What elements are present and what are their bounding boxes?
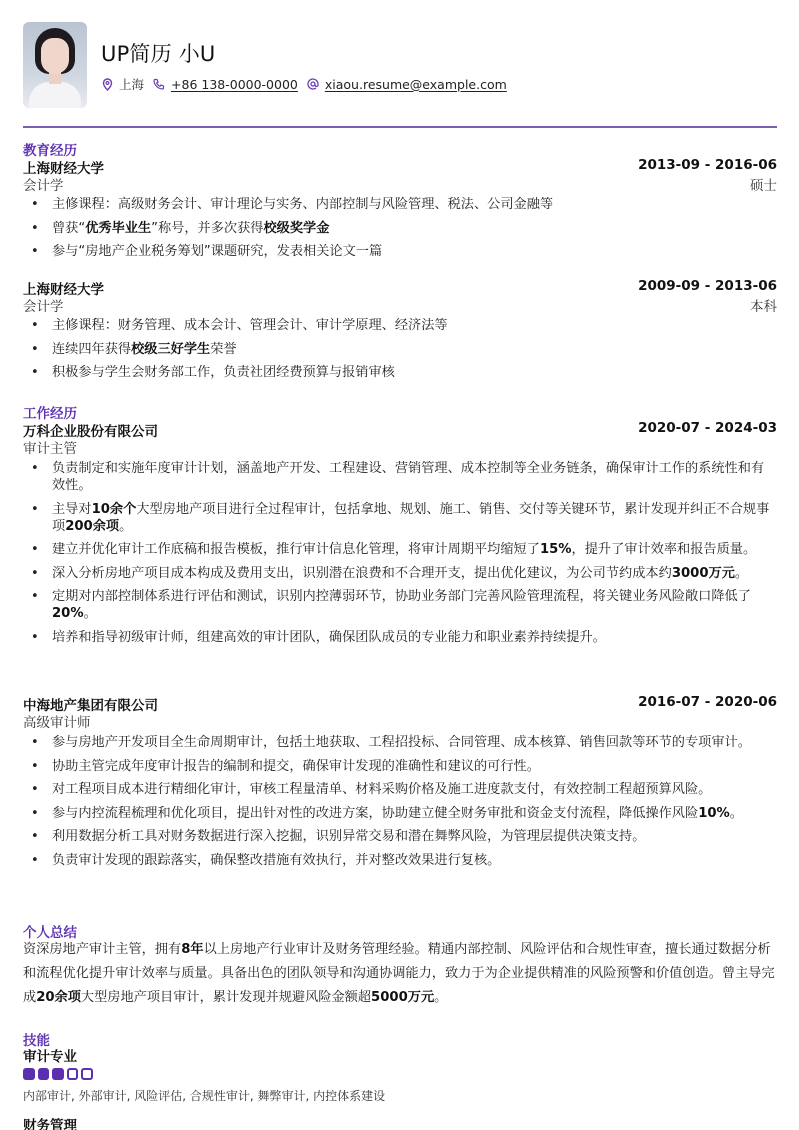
work-date: 2016-07 - 2020-06 xyxy=(638,694,777,710)
rating-dot-filled-icon xyxy=(23,1068,35,1080)
bullet-item: 积极参与学生会财务部工作，负责社团经费预算与报销审核 xyxy=(23,364,777,381)
location-text: 上海 xyxy=(119,75,144,93)
bullet-item: 主修课程：财务管理、成本会计、管理会计、审计学原理、经济法等 xyxy=(23,317,777,334)
bullet-item: 主修课程：高级财务会计、审计理论与实务、内部控制与风险管理、税法、公司金融等 xyxy=(23,196,777,213)
work-role: 审计主管 xyxy=(23,437,77,457)
work-role: 高级审计师 xyxy=(23,711,91,731)
bullet-item: 深入分析房地产项目成本构成及费用支出，识别潜在浪费和不合理开支，提出优化建议，为… xyxy=(23,565,777,582)
education-major: 会计学 xyxy=(23,295,64,315)
skill-level-rating xyxy=(23,1068,93,1080)
bullet-item: 协助主管完成年度审计报告的编制和提交，确保审计发现的准确性和建议的可行性。 xyxy=(23,758,777,775)
resume-header: UP简历 小U 上海 +86 138-0000-0000 xiaou.resum… xyxy=(23,22,777,108)
phone-link[interactable]: +86 138-0000-0000 xyxy=(171,77,298,92)
bullet-item: 定期对内部控制体系进行评估和测试，识别内控薄弱环节，协助业务部门完善风险管理流程… xyxy=(23,588,777,622)
header-divider xyxy=(23,126,777,128)
candidate-name: UP简历 小U xyxy=(101,38,215,68)
bullet-item: 负责制定和实施年度审计计划，涵盖地产开发、工程建设、营销管理、成本控制等全业务链… xyxy=(23,460,777,494)
rating-dot-empty-icon xyxy=(81,1068,93,1080)
bullet-item: 参与“房地产企业税务筹划”课题研究，发表相关论文一篇 xyxy=(23,243,777,260)
bullet-item: 连续四年获得校级三好学生荣誉 xyxy=(23,341,777,358)
education-degree: 硕士 xyxy=(750,174,777,194)
skill-name: 财务管理 xyxy=(23,1114,77,1130)
rating-dot-filled-icon xyxy=(52,1068,64,1080)
bullet-item: 利用数据分析工具对财务数据进行深入挖掘，识别异常交易和潜在舞弊风险，为管理层提供… xyxy=(23,828,777,845)
section-title-work: 工作经历 xyxy=(23,402,77,422)
bullet-item: 参与内控流程梳理和优化项目，提出针对性的改进方案，协助建立健全财务审批和资金支付… xyxy=(23,805,777,822)
email-link[interactable]: xiaou.resume@example.com xyxy=(325,77,507,92)
section-title-education: 教育经历 xyxy=(23,139,77,159)
education-date: 2009-09 - 2013-06 xyxy=(638,278,777,294)
summary-text: 资深房地产审计主管，拥有8年以上房地产行业审计及财务管理经验。精通内部控制、风险… xyxy=(23,938,777,1010)
bullet-item: 对工程项目成本进行精细化审计，审核工程量清单、材料采购价格及施工进度款支付，有效… xyxy=(23,781,777,798)
education-bullets: 主修课程：财务管理、成本会计、管理会计、审计学原理、经济法等连续四年获得校级三好… xyxy=(23,317,777,388)
map-pin-icon xyxy=(102,78,113,91)
skill-name: 审计专业 xyxy=(23,1045,77,1065)
education-date: 2013-09 - 2016-06 xyxy=(638,157,777,173)
education-major: 会计学 xyxy=(23,174,64,194)
bullet-item: 参与房地产开发项目全生命周期审计，包括土地获取、工程招投标、合同管理、成本核算、… xyxy=(23,734,777,751)
avatar xyxy=(23,22,87,108)
at-sign-icon xyxy=(307,78,319,90)
bullet-item: 曾获“优秀毕业生”称号，并多次获得校级奖学金 xyxy=(23,220,777,237)
education-degree: 本科 xyxy=(750,295,777,315)
education-bullets: 主修课程：高级财务会计、审计理论与实务、内部控制与风险管理、税法、公司金融等曾获… xyxy=(23,196,777,267)
bullet-item: 培养和指导初级审计师，组建高效的审计团队，确保团队成员的专业能力和职业素养持续提… xyxy=(23,629,777,646)
work-bullets: 负责制定和实施年度审计计划，涵盖地产开发、工程建设、营销管理、成本控制等全业务链… xyxy=(23,460,777,652)
work-date: 2020-07 - 2024-03 xyxy=(638,420,777,436)
bullet-item: 建立并优化审计工作底稿和报告模板，推行审计信息化管理，将审计周期平均缩短了15%… xyxy=(23,541,777,558)
work-bullets: 参与房地产开发项目全生命周期审计，包括土地获取、工程招投标、合同管理、成本核算、… xyxy=(23,734,777,875)
bullet-item: 主导对10余个大型房地产项目进行全过程审计，包括拿地、规划、施工、销售、交付等关… xyxy=(23,501,777,535)
rating-dot-empty-icon xyxy=(67,1068,79,1080)
skill-keywords: 内部审计, 外部审计, 风险评估, 合规性审计, 舞弊审计, 内控体系建设 xyxy=(23,1087,385,1104)
contact-info: 上海 +86 138-0000-0000 xiaou.resume@exampl… xyxy=(102,75,516,93)
bullet-item: 负责审计发现的跟踪落实，确保整改措施有效执行，并对整改效果进行复核。 xyxy=(23,852,777,869)
rating-dot-filled-icon xyxy=(38,1068,50,1080)
phone-icon xyxy=(153,78,165,90)
